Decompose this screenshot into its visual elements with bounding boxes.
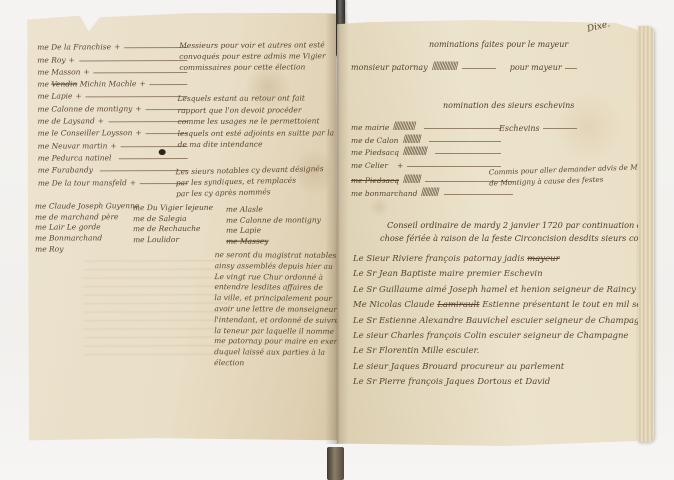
attendee-line: Le Sr Pierre françois Jaques Dortous et … [353,375,640,390]
attendee-line: Le Sr Jean Baptiste maire premier Eschev… [353,267,640,282]
person-name: me Du Vigier lejeune [133,203,213,214]
person-name: me de Calon [351,136,399,145]
check-mark: + [98,116,104,125]
ink-rule-line [407,166,501,167]
check-mark: + [114,43,120,52]
text-line: commissaires pour cette élection [179,61,325,73]
mayeur-heading: nominations faites pour le mayeur [429,40,568,49]
roll-call-item: me Furabandy [38,162,190,175]
person-name: me Calonne de montigny [37,104,132,113]
vote-tally-marks: ||||||||||| [401,134,421,144]
ink-rule-line [543,128,577,129]
person-name: me de Salegia [133,214,213,225]
commission-note: Commis pour aller demander advis de Mrde… [489,162,640,188]
check-mark: + [110,141,116,150]
text-line: Messieurs pour voir et autres ont esté [179,39,325,51]
person-name: me Massey [226,237,321,248]
roll-call-item: me Roy + [37,51,189,64]
nomination-result: pour mayeur [510,63,562,72]
vote-item: me de Calon ||||||||||| [351,132,503,145]
names-column-3: me Alasleme Calonne de montignyme Lapiem… [226,204,321,247]
vote-item: me Piedsacq ||||||||||||||| [351,145,503,158]
check-mark: + [397,161,403,170]
person-name: me Neuvar martin [38,141,108,150]
attendee-line: Me Nicolas Claude Lamirault Estienne pré… [353,298,640,313]
text-line: Le vingt rue Chur ordonné à [215,272,338,284]
vote-item: me Celier + [351,157,503,170]
gutter-shadow [325,14,349,444]
roll-call-item: me De la Franchise + [37,39,189,52]
person-name: me Vendin Michin Machle [37,79,136,88]
text-line: lesquels ont esté adjoints en suitte par… [178,127,338,139]
ink-rule-line [462,68,496,69]
ink-rule-line [424,128,501,129]
check-mark: + [130,178,136,187]
council-record-line2: chose fériée à raison de la feste Circon… [380,233,640,243]
person-name: me Pedurca natinel [38,153,112,162]
person-name: me Claude Joseph Guyenne [35,201,139,212]
text-line: élection [214,358,338,370]
eschevins-margin-label: Eschevins [499,124,577,133]
check-mark: + [135,104,141,113]
ink-rule-line [124,47,187,48]
vote-tally-marks: |||||||||||||||| [430,61,458,71]
person-name: me Roy [37,55,65,64]
ink-rule-line [86,96,188,97]
text-line: duquel laissé aux parties à la [214,347,338,359]
text-line: comme les usages ne le permettoient [178,115,338,127]
ink-rule-line [435,153,501,154]
ink-rule-line [108,121,188,122]
notables-note: Les sieurs notables cy devant désignéspa… [175,163,324,199]
roll-call-item: me Neuvar martin + [38,137,190,150]
text-line: l'intendant, et ordonné de suivre [214,315,338,327]
ink-rule-line [150,84,188,85]
vote-tally-marks: |||||||||||||| [392,121,416,131]
page-stack-fore-edge [638,26,654,442]
person-name: me Furabandy [38,166,93,175]
names-column-1: me Claude Joseph Guyenneme de marchand p… [35,201,140,255]
manuscript-photo: me De la Franchise + me Roy + me Masson … [0,0,674,480]
council-record-line1: Conseil ordinaire de mardy 2 janvier 172… [387,220,640,230]
attendee-line: Le Sr Estienne Alexandre Bauvichel escui… [353,314,640,329]
text-line: ne seront du magistrat notables [215,250,338,262]
attendee-line: Le sieur Jaques Brouard procureur au par… [353,360,640,375]
mayeur-nomination-line: monsieur patornay |||||||||||||||| pour … [351,61,579,72]
person-name: me Celier [351,161,388,170]
check-mark: + [139,79,145,88]
roll-call-item: me Lapie + [37,88,189,101]
person-name: me De la Franchise [37,43,111,52]
person-name: me Lapie [37,92,72,101]
text-line: la teneur par laquelle il nomme [214,326,338,338]
attendee-line: Le Sr Florentin Mille escuier. [353,344,640,359]
ink-bleedthrough [83,253,228,359]
roll-call-item: me Masson + [37,64,189,77]
text-line: de ma dite intendance [178,138,338,150]
person-name: me De la tour mansfeld [38,178,127,187]
person-name: me Alasle [226,204,321,215]
text-line: la ville, et principalement pour [214,293,338,305]
paragraph-commissioners: Messieurs pour voir et autres ont estéco… [179,39,325,73]
roll-call-item: me Pedurca natinel [38,150,190,163]
person-name: me Masson [37,67,80,76]
left-page: me De la Franchise + me Roy + me Masson … [27,12,338,441]
text-line: entendre lesdites affaires de [214,283,337,295]
roll-call-item: me de Laysand + [38,113,190,126]
text-line: me patornay pour maire en exerçant [214,337,338,349]
person-name: me Piedsacq [351,176,399,185]
roll-call-item: me De la tour mansfeld + [38,174,190,187]
person-name: me mairie [351,123,389,132]
person-name: me bonmarchand [351,189,417,198]
eschevins-heading: nomination des sieurs eschevins [443,101,574,110]
ink-rule-line [94,72,188,73]
person-name: me Lair Le gorde [35,223,139,234]
person-name: monsieur patornay [351,63,428,72]
paragraph-report: Lesquels estant au retour ont faitrappor… [177,92,338,150]
text-line: Lesquels estant au retour ont fait [177,92,338,104]
names-column-2: me Du Vigier lejeuneme de Salegiame de R… [133,203,213,246]
attendee-line: Le sieur Charles françois Colin escuier … [353,329,640,344]
person-name: me Roy [35,244,139,255]
roll-call-item: me Vendin Michin Machle + [37,76,189,89]
text-line: ainsy assemblés depuis hier au [215,261,338,273]
ink-rule-line [79,60,187,61]
person-name: me de Rechauche [133,224,213,235]
text-line: rapport que l'on devoit procéder [177,104,337,116]
folio-number: Dixe. [586,20,611,35]
text-line: avoir une lettre de monseigneur [214,304,338,316]
person-name: me le Conseiller Loysson [38,129,133,138]
ink-blot [159,149,166,155]
person-name: me Bonmarchand [35,233,139,244]
check-mark: + [69,55,75,64]
check-mark: + [135,129,141,138]
check-mark: + [75,92,81,101]
roll-call-list: me De la Franchise + me Roy + me Masson … [37,39,190,187]
eschevins-vote-list-1: me mairie |||||||||||||| me de Calon |||… [351,119,503,170]
attendees-list: Le Sieur Riviere françois patornay jadis… [353,252,640,391]
text-line: par les cy après nommés [176,185,324,199]
person-name: me Lapie [226,226,321,237]
text-line: convoqués pour estre admis me Vigier [179,50,325,62]
attendee-line: Le Sieur Riviere françois patornay jadis… [353,252,640,267]
paragraph-assembly: ne seront du magistrat notablesainsy ass… [214,250,338,370]
person-name: me Piedsacq [351,148,399,157]
roll-call-item: me Calonne de montigny + [37,100,189,113]
vote-tally-marks: ||||||||||| [420,187,440,197]
ink-rule-line [118,158,187,159]
book-spine-rod-bottom [327,447,344,480]
person-name: me de marchand père [35,212,139,223]
vote-tally-marks: ||||||||||||||| [402,146,428,156]
person-name: me de Laysand [38,116,95,125]
person-name: me Loulidor [133,235,213,246]
vote-tally-marks: ||||||||||| [402,174,422,184]
ink-rule-line [565,68,577,69]
roll-call-item: me le Conseiller Loysson + [38,125,190,138]
vote-item: me mairie |||||||||||||| [351,119,503,132]
right-page: Dixe. nominations faites pour le mayeur … [337,20,640,446]
check-mark: + [83,67,89,76]
attendee-line: Le Sr Guillaume aimé Joseph hamel et hen… [353,283,640,298]
ink-rule-line [429,141,501,142]
ink-rule-line [444,194,513,195]
person-name: me Calonne de montigny [226,215,321,226]
